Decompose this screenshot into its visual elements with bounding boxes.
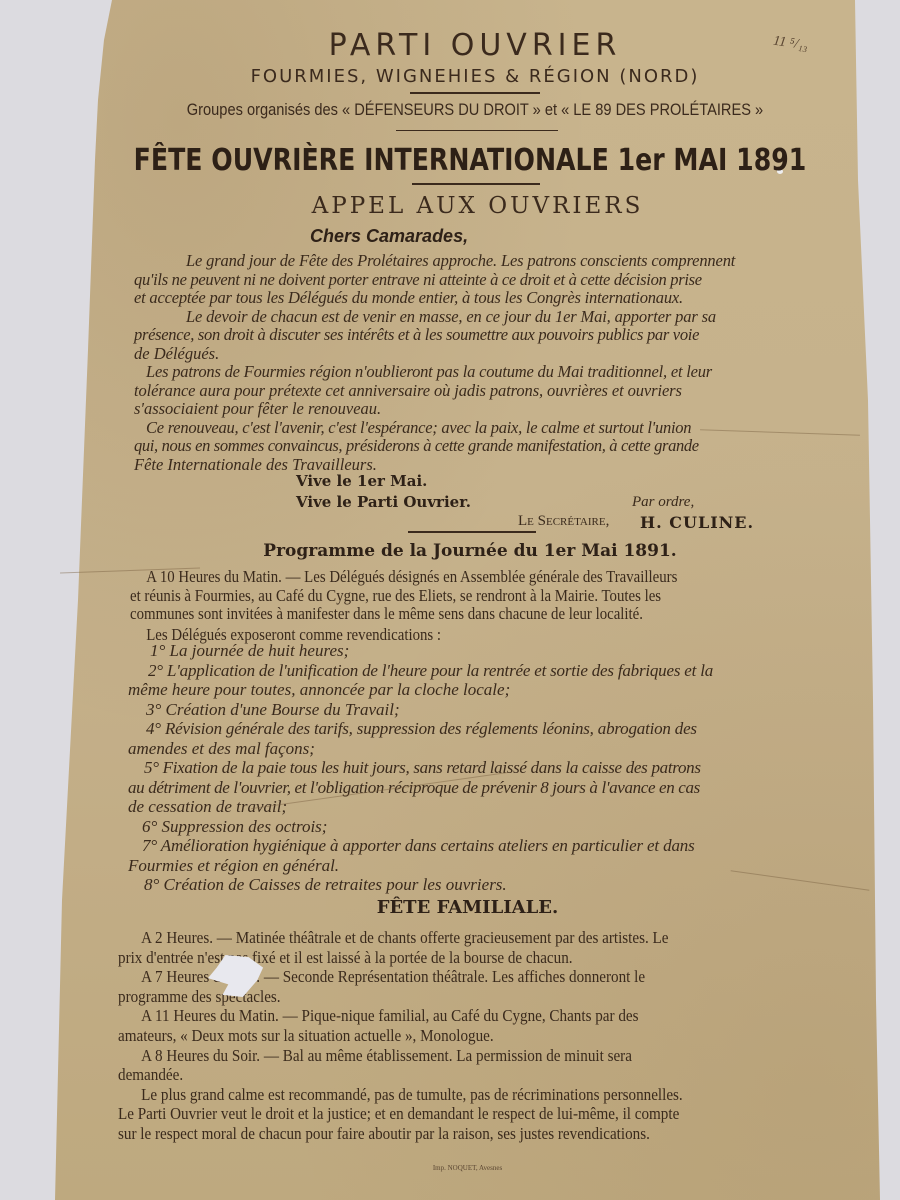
groups-line: Groupes organisés des « DÉFENSEURS DU DR… — [67, 100, 884, 120]
text-line: A 2 Heures. — Matinée théâtrale et de ch… — [118, 928, 683, 948]
demands-list: 1° La journée de huit heures; 2° L'appli… — [128, 641, 713, 895]
text-line: qu'ils ne peuvent ni ne doivent porter e… — [134, 271, 735, 290]
ornament-divider — [396, 130, 558, 131]
demand-item-cont: de cessation de travail; — [128, 797, 713, 817]
text-line: Le devoir de chacun est de venir en mass… — [134, 308, 735, 327]
text-line: tolérance aura pour prétexte cet anniver… — [134, 382, 735, 401]
divider — [408, 531, 536, 533]
text-line: présence, son droit à discuter ses intér… — [134, 326, 735, 345]
demand-item-cont: même heure pour toutes, annoncée par la … — [128, 680, 713, 700]
appeal-title: APPEL AUX OUVRIERS — [0, 193, 900, 219]
demand-item: 7° Amélioration hygiénique à apporter da… — [128, 836, 713, 856]
demand-item: 4° Révision générale des tarifs, suppres… — [128, 719, 713, 739]
secretary-name: H. CULINE. — [640, 513, 754, 532]
text-line: et acceptée par tous les Délégués du mon… — [134, 289, 735, 308]
programme-intro: A 10 Heures du Matin. — Les Délégués dés… — [130, 568, 677, 644]
text-line: Le Parti Ouvrier veut le droit et la jus… — [118, 1104, 683, 1124]
text-line: A 8 Heures du Soir. — Bal au même établi… — [118, 1046, 683, 1066]
demand-item: 3° Création d'une Bourse du Travail; — [128, 700, 713, 720]
text-line: Fête Internationale des Travailleurs. — [134, 456, 735, 475]
demand-item-cont: au détriment de l'ouvrier, et l'obligati… — [128, 778, 713, 798]
text-line: Le plus grand calme est recommandé, pas … — [118, 1085, 683, 1105]
text-line: Ce renouveau, c'est l'avenir, c'est l'es… — [134, 419, 735, 438]
text-line: prix d'entrée n'est pas fixé et il est l… — [118, 948, 683, 968]
slogan-parti-ouvrier: Vive le Parti Ouvrier. — [296, 493, 471, 511]
text-line: A 7 Heures du Soir. — Seconde Représenta… — [118, 967, 683, 987]
text-line: Les patrons de Fourmies région n'oublier… — [134, 363, 735, 382]
poster-subtitle: FOURMIES, WIGNEHIES & RÉGION (NORD) — [0, 66, 900, 87]
salutation: Chers Camarades, — [310, 226, 468, 247]
text-line: et réunis à Fourmies, au Café du Cygne, … — [130, 587, 677, 606]
text-line: A 10 Heures du Matin. — Les Délégués dés… — [130, 568, 677, 587]
printer-imprint: Imp. NOQUET, Avesnes — [0, 1164, 900, 1172]
secretary-label: Le Secrétaire, — [518, 513, 609, 530]
par-ordre: Par ordre, — [632, 494, 694, 511]
slogan-may-day: Vive le 1er Mai. — [296, 472, 427, 490]
text-line: programme des spectacles. — [118, 987, 683, 1007]
demand-item: 8° Création de Caisses de retraites pour… — [128, 875, 713, 895]
fete-familiale-title: FÊTE FAMILIALE. — [0, 897, 900, 918]
divider — [412, 183, 540, 185]
text-line: sur le respect moral de chacun pour fair… — [118, 1124, 683, 1144]
divider — [410, 92, 540, 94]
text-line: s'associaient pour fêter le renouveau. — [134, 400, 735, 419]
text-line: de Délégués. — [134, 345, 735, 364]
text-line: demandée. — [118, 1065, 683, 1085]
programme-title: Programme de la Journée du 1er Mai 1891. — [0, 541, 900, 561]
fete-familiale-body: A 2 Heures. — Matinée théâtrale et de ch… — [118, 928, 683, 1144]
demand-item: 6° Suppression des octrois; — [128, 817, 713, 837]
event-title-text: FÊTE OUVRIÈRE INTERNATIONALE 1er MAI 189… — [134, 143, 807, 178]
poster-title: PARTI OUVRIER — [0, 28, 900, 63]
demand-item-cont: amendes et des mal façons; — [128, 739, 713, 759]
demand-item: 5° Fixation de la paie tous les huit jou… — [128, 758, 713, 778]
text-line: amateurs, « Deux mots sur la situation a… — [118, 1026, 683, 1046]
text-line: qui, nous en sommes convaincus, présider… — [134, 437, 735, 456]
appeal-body: Le grand jour de Fête des Prolétaires ap… — [134, 252, 735, 474]
demand-item: 2° L'application de l'unification de l'h… — [128, 661, 713, 681]
event-title: FÊTE OUVRIÈRE INTERNATIONALE 1er MAI 189… — [75, 143, 865, 178]
text-line: Le grand jour de Fête des Prolétaires ap… — [134, 252, 735, 271]
demand-item-cont: Fourmies et région en général. — [128, 856, 713, 876]
demand-item: 1° La journée de huit heures; — [128, 641, 713, 661]
text-line: A 11 Heures du Matin. — Pique-nique fami… — [118, 1006, 683, 1026]
text-line: communes sont invitées à manifester dans… — [130, 605, 677, 624]
